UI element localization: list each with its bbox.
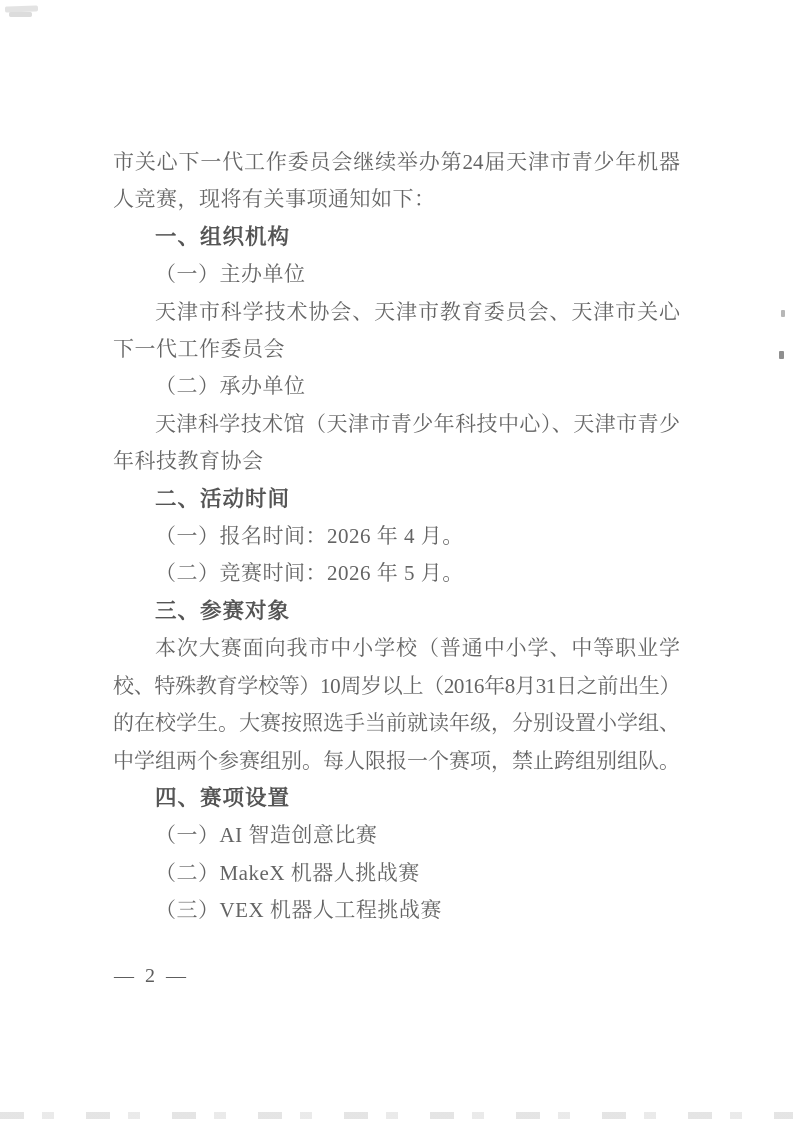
scan-artifact-top-left: [5, 5, 38, 12]
text-line: 天津市科学技术协会、天津市教育委员会、天津市关心: [113, 294, 680, 331]
text-line: 年科技教育协会: [113, 443, 680, 480]
text-line: 的在校学生。大赛按照选手当前就读年级，分别设置小学组、: [113, 705, 680, 742]
text-line: 下一代工作委员会: [113, 331, 680, 368]
event-item-2: （二）MakeX 机器人挑战赛: [113, 855, 680, 892]
subsection-label: （二）承办单位: [113, 368, 680, 405]
scan-artifact-bottom-edge: [0, 1112, 793, 1119]
document-body: 市关心下一代工作委员会继续举办第24届天津市青少年机器 人竞赛，现将有关事项通知…: [113, 144, 680, 930]
competition-time: （二）竞赛时间：2026 年 5 月。: [113, 555, 680, 592]
scan-artifact-right-speck-1: [781, 310, 785, 317]
subsection-label: （一）主办单位: [113, 256, 680, 293]
section-heading-4: 四、赛项设置: [113, 780, 680, 817]
text-line: 人竞赛，现将有关事项通知如下：: [113, 181, 680, 218]
text-line: 校、特殊教育学校等）10周岁以上（2016年8月31日之前出生）: [113, 668, 680, 705]
text-line: 天津科学技术馆（天津市青少年科技中心）、天津市青少: [113, 406, 680, 443]
registration-time: （一）报名时间：2026 年 4 月。: [113, 518, 680, 555]
text-line: 中学组两个参赛组别。每人限报一个赛项，禁止跨组别组队。: [113, 743, 680, 780]
section-heading-2: 二、活动时间: [113, 481, 680, 518]
section-heading-1: 一、组织机构: [113, 219, 680, 256]
page-number: — 2 —: [114, 963, 189, 989]
text-line: 本次大赛面向我市中小学校（普通中小学、中等职业学: [113, 630, 680, 667]
scanned-document-page: 市关心下一代工作委员会继续举办第24届天津市青少年机器 人竞赛，现将有关事项通知…: [0, 0, 793, 1121]
event-item-3: （三）VEX 机器人工程挑战赛: [113, 892, 680, 929]
event-item-1: （一）AI 智造创意比赛: [113, 817, 680, 854]
section-heading-3: 三、参赛对象: [113, 593, 680, 630]
scan-artifact-right-speck-2: [779, 351, 784, 359]
scan-artifact-top-left-2: [9, 12, 32, 17]
text-line: 市关心下一代工作委员会继续举办第24届天津市青少年机器: [113, 144, 680, 181]
